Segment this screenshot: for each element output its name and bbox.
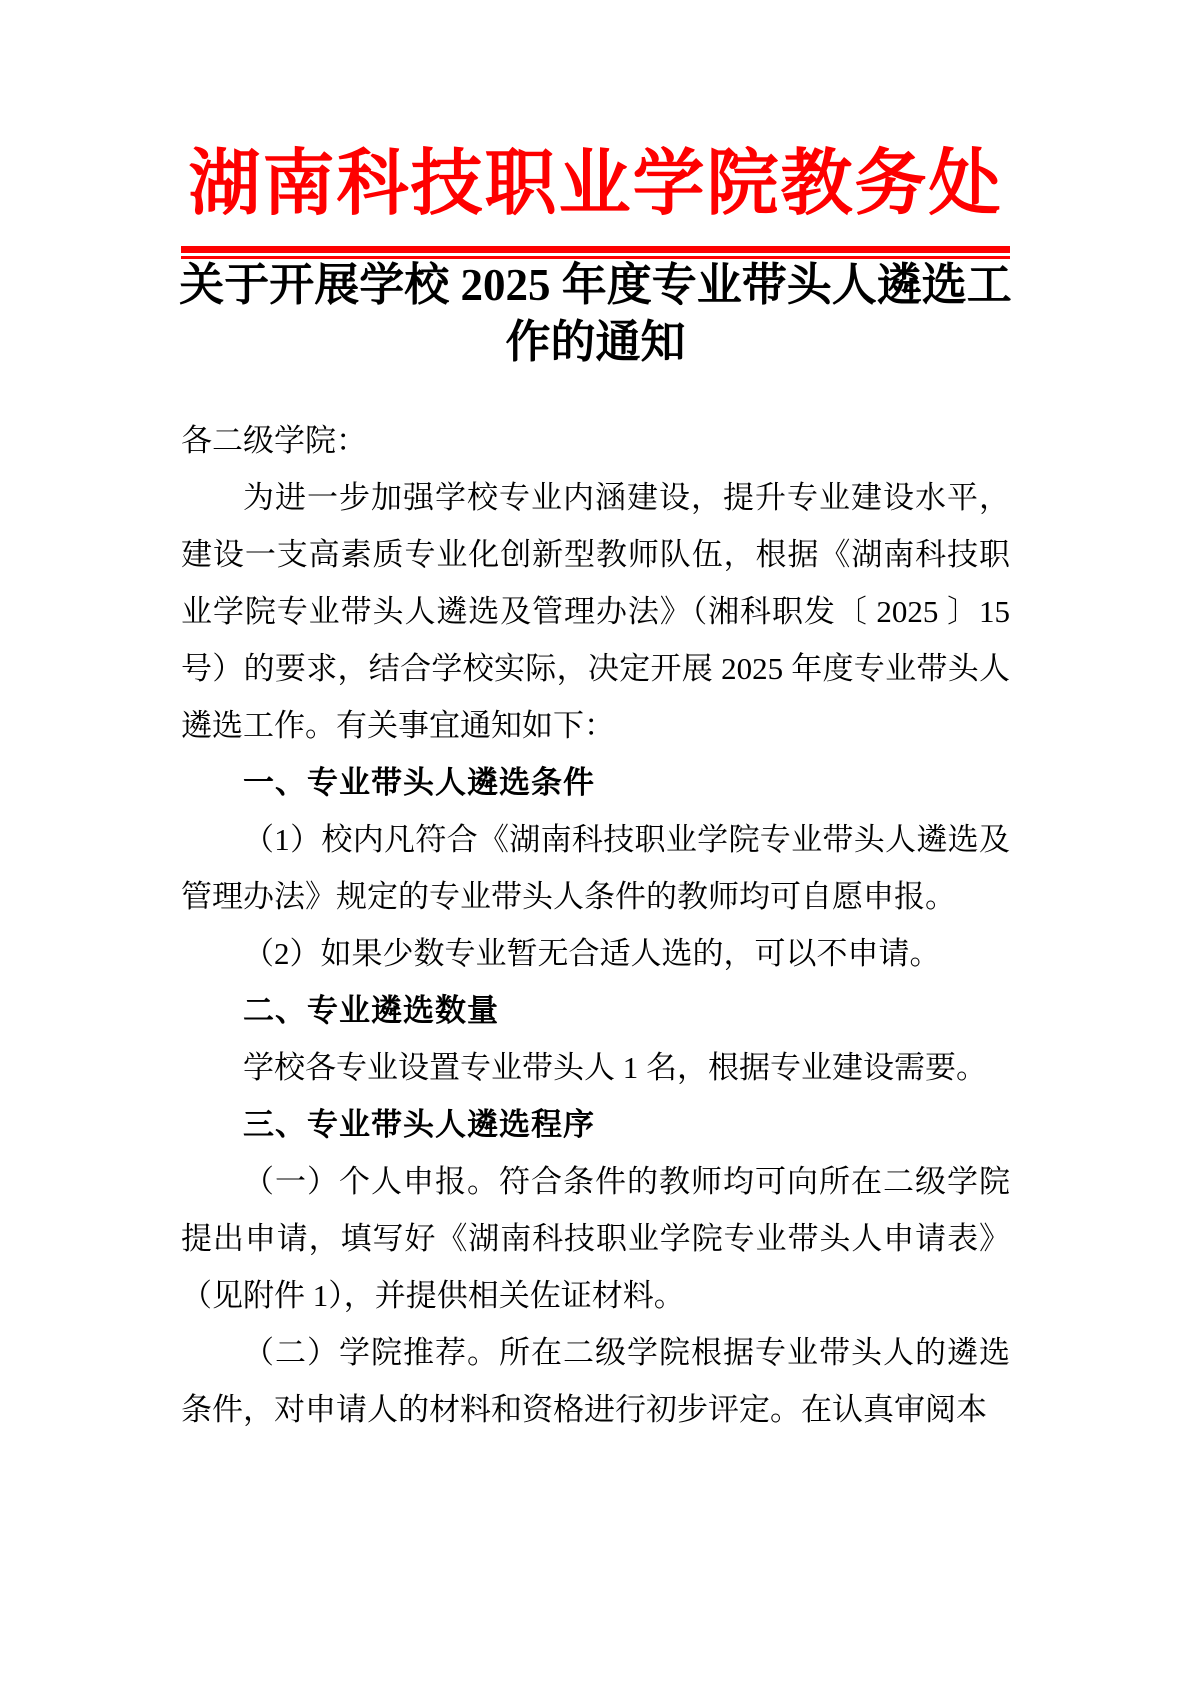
paragraph-procedure-1: （一）个人申报。符合条件的教师均可向所在二级学院提出申请，填写好《湖南科技职业学… [181, 1153, 1010, 1324]
section-heading-3: 三、专业带头人遴选程序 [181, 1096, 1010, 1153]
paragraph-quota: 学校各专业设置专业带头人 1 名，根据专业建设需要。 [181, 1039, 1010, 1096]
paragraph-intro: 为进一步加强学校专业内涵建设，提升专业建设水平，建设一支高素质专业化创新型教师队… [181, 469, 1010, 754]
section-heading-2: 二、专业遴选数量 [181, 982, 1010, 1039]
salutation: 各二级学院： [181, 412, 1010, 469]
document-page: 湖南科技职业学院教务处 关于开展学校 2025 年度专业带头人遴选工 作的通知 … [0, 0, 1191, 1684]
org-header-title: 湖南科技职业学院教务处 [0, 136, 1191, 232]
notice-title-line-1: 关于开展学校 2025 年度专业带头人遴选工 [0, 257, 1191, 314]
notice-title: 关于开展学校 2025 年度专业带头人遴选工 作的通知 [0, 257, 1191, 371]
paragraph-condition-2: （2）如果少数专业暂无合适人选的，可以不申请。 [181, 925, 1010, 982]
notice-title-line-2: 作的通知 [0, 314, 1191, 371]
paragraph-condition-1: （1）校内凡符合《湖南科技职业学院专业带头人遴选及管理办法》规定的专业带头人条件… [181, 811, 1010, 925]
paragraph-procedure-2: （二）学院推荐。所在二级学院根据专业带头人的遴选条件，对申请人的材料和资格进行初… [181, 1324, 1010, 1438]
document-body: 各二级学院： 为进一步加强学校专业内涵建设，提升专业建设水平，建设一支高素质专业… [181, 412, 1010, 1438]
section-heading-1: 一、专业带头人遴选条件 [181, 754, 1010, 811]
